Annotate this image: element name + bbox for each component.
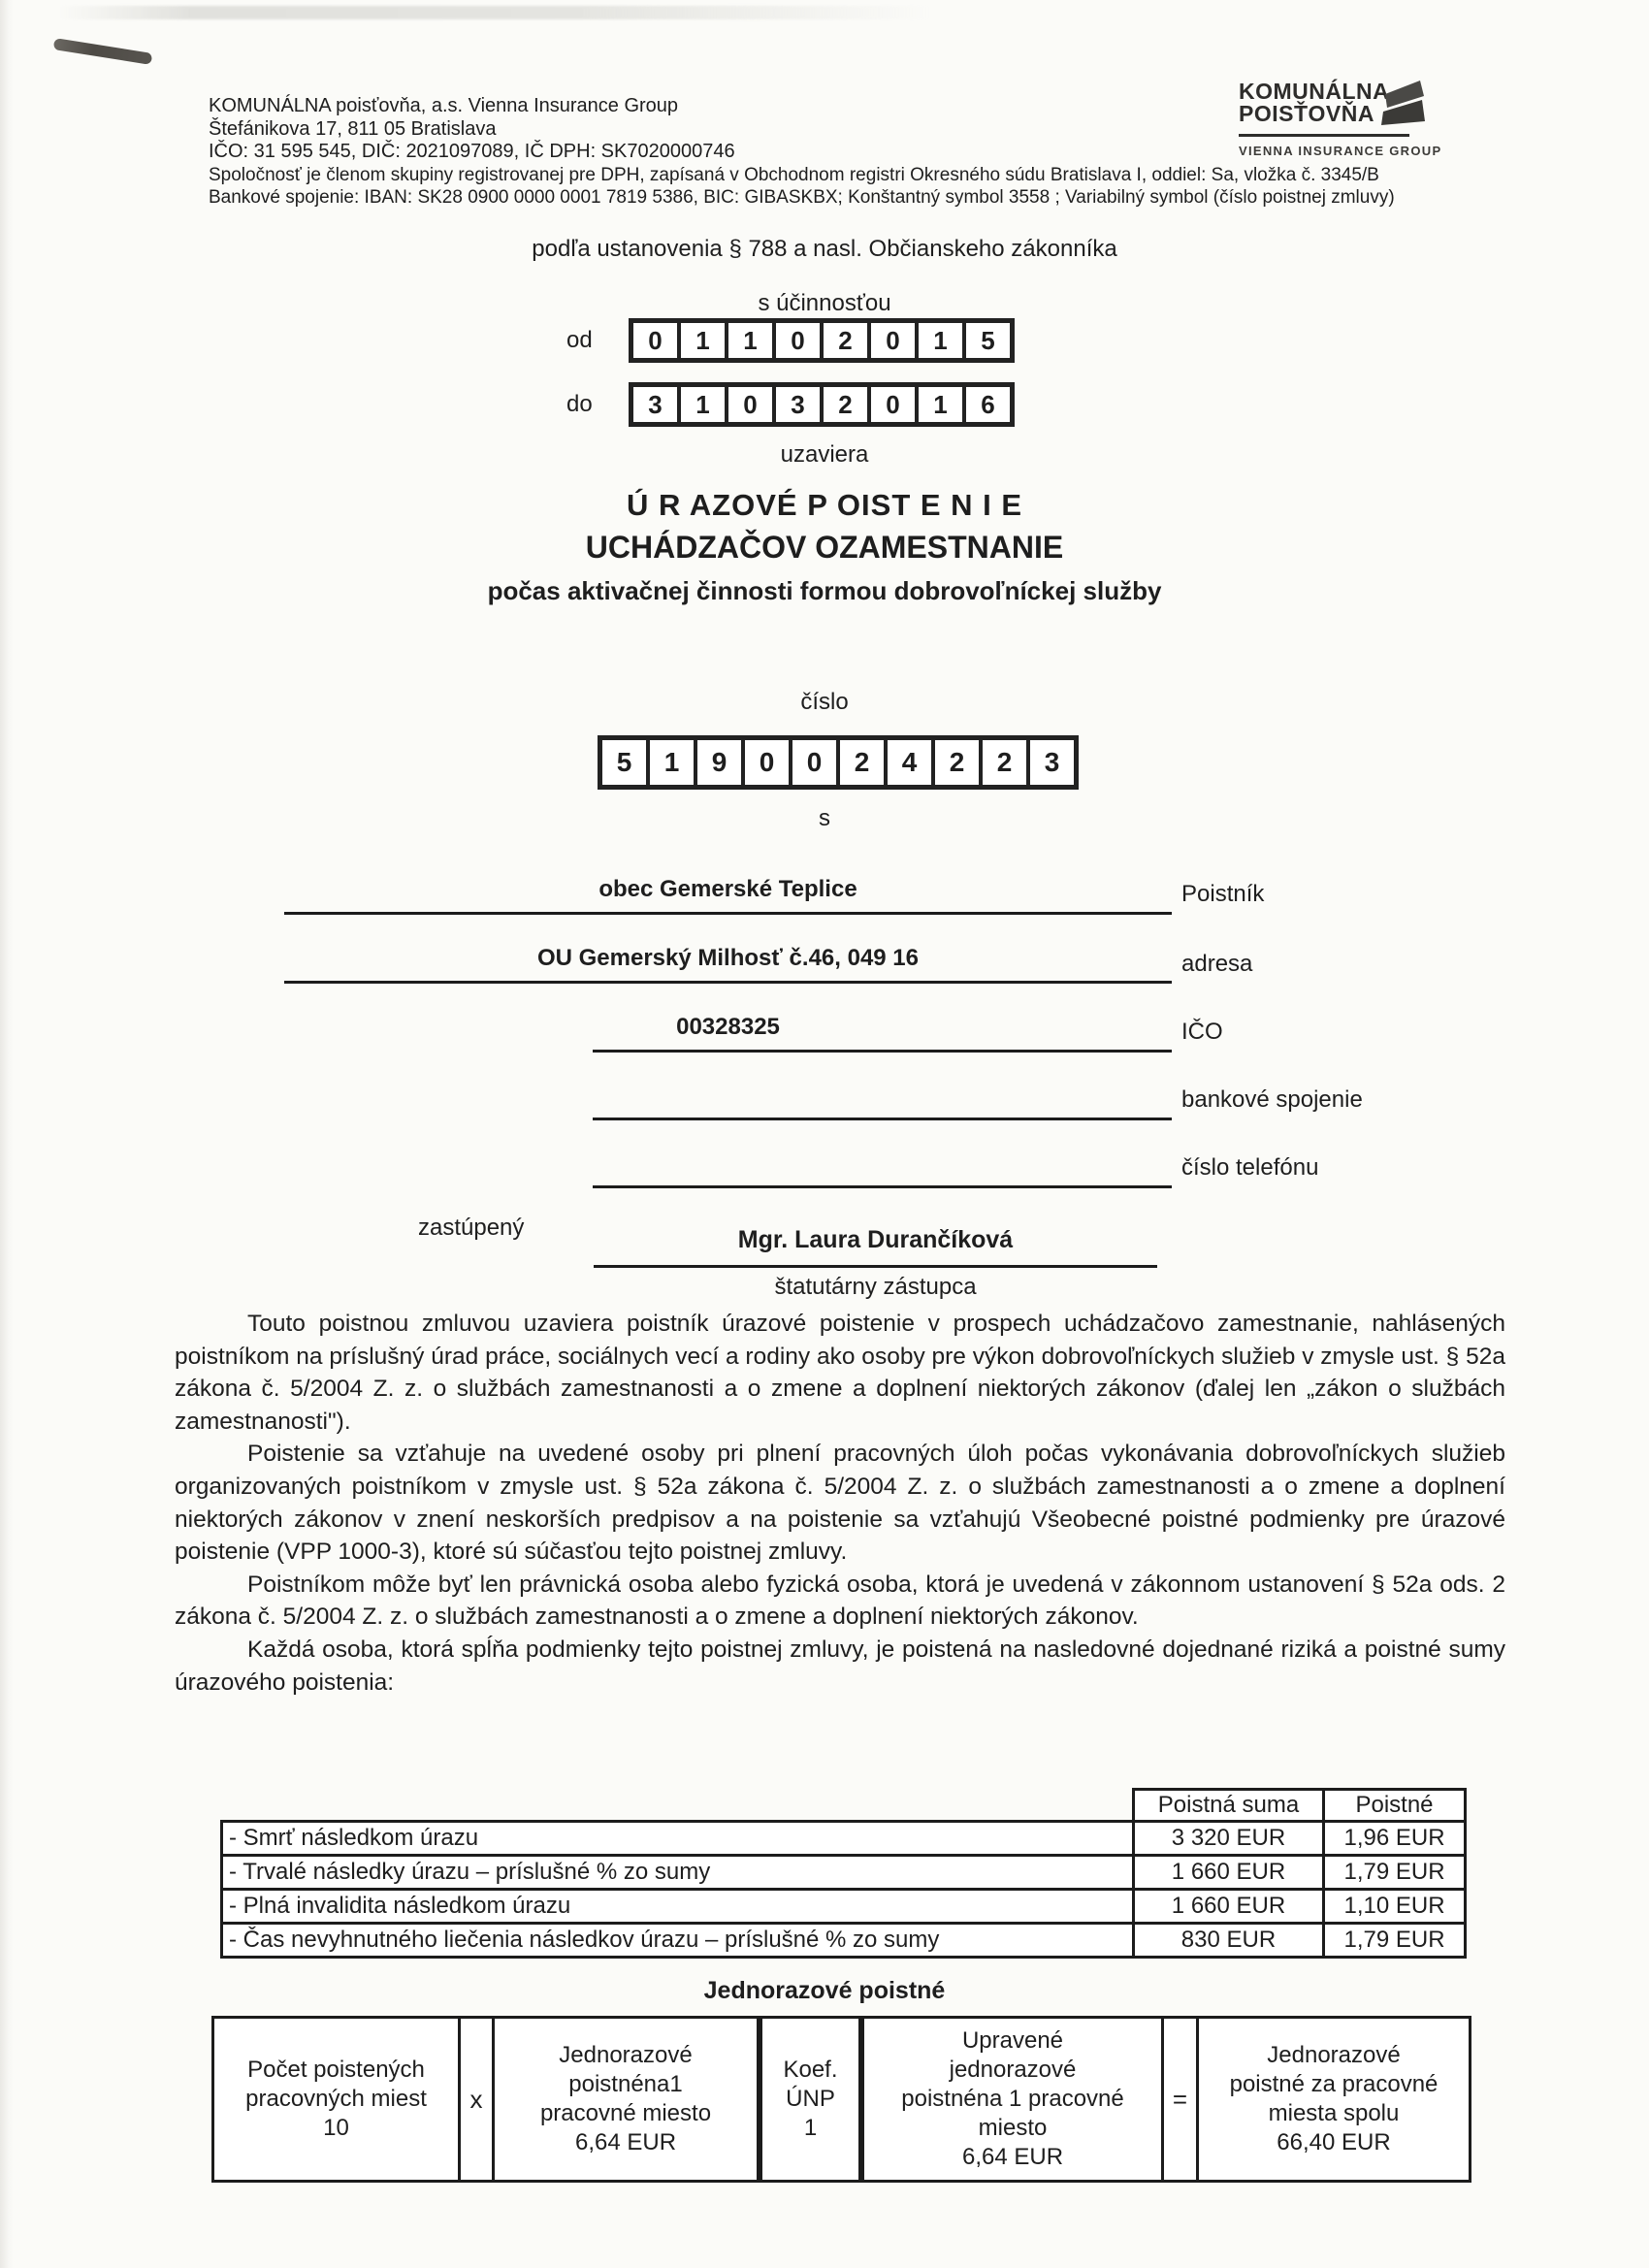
contract-paragraph-3: Poistníkom môže byť len právnická osoba …: [175, 1569, 1505, 1634]
policyholder-address-underline: [284, 981, 1172, 984]
policyholder-bank-underline: [593, 1118, 1172, 1120]
risk-premium: 1,79 EUR: [1324, 1924, 1466, 1958]
risk-sum: 1 660 EUR: [1134, 1856, 1324, 1890]
risk-table-header-sum: Poistná suma: [1134, 1790, 1324, 1822]
risk-name: - Plná invalidita následkom úrazu: [222, 1890, 1134, 1924]
date-to-boxes: 3 1 0 3 2 0 1 6: [629, 382, 1015, 427]
one-time-premium-title: Jednorazové poistné: [0, 1977, 1649, 2005]
logo-subtitle: VIENNA INSURANCE GROUP: [1239, 144, 1433, 158]
document-title-line2: UCHÁDZAČOV OZAMESTNANIE: [0, 530, 1649, 566]
contract-number-digit: 9: [695, 738, 743, 787]
document-title-line3: počas aktivačnej činnosti formou dobrovo…: [0, 576, 1649, 606]
policyholder-name-underline: [284, 912, 1172, 915]
risk-sum: 1 660 EUR: [1134, 1890, 1324, 1924]
effective-label: s účinnosťou: [0, 290, 1649, 317]
insurer-registry-line: Spoločnosť je členom skupiny registrovan…: [209, 164, 1470, 187]
document-title-line1: Ú R AZOVÉ P OIST E N I E: [0, 488, 1649, 523]
date-to-row: do 3 1 0 3 2 0 1 6: [566, 382, 1015, 427]
policyholder-name-label: Poistník: [1181, 881, 1264, 908]
with-label: s: [0, 805, 1649, 832]
contract-number-digit: 2: [838, 738, 886, 787]
date-to-digit: 0: [727, 385, 774, 424]
policyholder-address-label: adresa: [1181, 951, 1252, 978]
contract-number-digit: 4: [886, 738, 933, 787]
policyholder-phone-underline: [593, 1185, 1172, 1188]
risk-name: - Smrť následkom úrazu: [222, 1822, 1134, 1856]
date-to-label: do: [566, 391, 599, 418]
contract-number-digit: 2: [933, 738, 981, 787]
risk-table-header-row: Poistná suma Poistné: [222, 1790, 1466, 1822]
contract-paragraph-2: Poistenie sa vzťahuje na uvedené osoby p…: [175, 1438, 1505, 1568]
table-row: - Plná invalidita následkom úrazu 1 660 …: [222, 1890, 1466, 1924]
policyholder-ico-label: IČO: [1181, 1019, 1223, 1046]
risk-table-header-spacer: [222, 1790, 1134, 1822]
risk-premium: 1,96 EUR: [1324, 1822, 1466, 1856]
risk-premium: 1,79 EUR: [1324, 1856, 1466, 1890]
logo-book-icon: [1377, 79, 1428, 129]
date-to-digit: 3: [631, 385, 679, 424]
table-row: - Smrť následkom úrazu 3 320 EUR 1,96 EU…: [222, 1822, 1466, 1856]
policyholder-address-value: OU Gemerský Milhosť č.46, 049 16: [284, 945, 1172, 972]
date-from-digit: 0: [774, 321, 822, 360]
company-logo: KOMUNÁLNA POISŤOVŇA VIENNA INSURANCE GRO…: [1239, 81, 1433, 158]
policyholder-ico-underline: [593, 1050, 1172, 1053]
date-to-digit: 1: [917, 385, 964, 424]
concludes-label: uzaviera: [0, 441, 1649, 469]
date-to-digit: 1: [679, 385, 727, 424]
contract-number-digit: 3: [1028, 738, 1076, 787]
otp-adjusted-cell: Upravené jednorazové poistnéna 1 pracovn…: [861, 2016, 1164, 2183]
contract-number-digit: 5: [600, 738, 648, 787]
date-from-digit: 2: [822, 321, 869, 360]
scan-artifact-left-edge: [0, 0, 14, 2268]
contract-number-digit: 1: [648, 738, 695, 787]
table-row: - Trvalé následky úrazu – príslušné % zo…: [222, 1856, 1466, 1890]
representative-underline: [594, 1265, 1157, 1268]
law-reference-line: podľa ustanovenia § 788 a nasl. Občiansk…: [0, 236, 1649, 263]
risk-premium: 1,10 EUR: [1324, 1890, 1466, 1924]
scan-artifact-top-shadow: [58, 6, 931, 19]
date-to-digit: 2: [822, 385, 869, 424]
pen-mark-artifact: [53, 38, 153, 65]
policyholder-name-value: obec Gemerské Teplice: [284, 876, 1172, 903]
date-from-digit: 5: [964, 321, 1012, 360]
date-from-boxes: 0 1 1 0 2 0 1 5: [629, 318, 1015, 363]
policyholder-phone-label: číslo telefónu: [1181, 1154, 1318, 1182]
risk-sum: 830 EUR: [1134, 1924, 1324, 1958]
risk-table-header-premium: Poistné: [1324, 1790, 1466, 1822]
representative-role: štatutárny zástupca: [594, 1274, 1157, 1301]
date-from-row: od 0 1 1 0 2 0 1 5: [566, 318, 1015, 363]
risk-name: - Čas nevyhnutného liečenia následkov úr…: [222, 1924, 1134, 1958]
otp-total-cell: Jednorazové poistné za pracovné miesta s…: [1196, 2016, 1471, 2183]
contract-number-digit: 2: [981, 738, 1028, 787]
otp-equals-sign: =: [1164, 2016, 1196, 2183]
otp-per-place-cell: Jednorazové poistnéna1 pracovné miesto 6…: [492, 2016, 760, 2183]
contract-paragraph-4: Každá osoba, ktorá spĺňa podmienky tejto…: [175, 1634, 1505, 1699]
date-from-digit: 0: [869, 321, 917, 360]
risk-name: - Trvalé následky úrazu – príslušné % zo…: [222, 1856, 1134, 1890]
otp-koef-cell: Koef. ÚNP 1: [760, 2016, 861, 2183]
date-from-digit: 1: [679, 321, 727, 360]
policyholder-bank-label: bankové spojenie: [1181, 1086, 1363, 1114]
contract-body: Touto poistnou zmluvou uzaviera poistník…: [175, 1308, 1505, 1699]
policyholder-ico-value: 00328325: [284, 1014, 1172, 1041]
representative-name: Mgr. Laura Durančíková: [594, 1226, 1157, 1254]
risk-sums-table: Poistná suma Poistné - Smrť následkom úr…: [220, 1788, 1467, 1959]
otp-count-cell: Počet poistených pracovných miest 10: [211, 2016, 461, 2183]
one-time-premium-table: Počet poistených pracovných miest 10 x J…: [211, 2016, 1471, 2183]
represented-by-label: zastúpený: [418, 1215, 524, 1242]
logo-line1: KOMUNÁLNA: [1239, 81, 1373, 103]
date-to-digit: 6: [964, 385, 1012, 424]
table-row: - Čas nevyhnutného liečenia následkov úr…: [222, 1924, 1466, 1958]
otp-times-sign: x: [461, 2016, 492, 2183]
contract-number-digit: 0: [791, 738, 838, 787]
contract-number-label: číslo: [0, 689, 1649, 716]
contract-number-boxes: 5 1 9 0 0 2 4 2 2 3: [598, 735, 1079, 790]
date-from-digit: 1: [917, 321, 964, 360]
risk-sum: 3 320 EUR: [1134, 1822, 1324, 1856]
date-from-digit: 0: [631, 321, 679, 360]
logo-divider: [1239, 134, 1409, 137]
logo-line2: POISŤOVŇA: [1239, 103, 1373, 125]
scanned-document-page: KOMUNÁLNA poisťovňa, a.s. Vienna Insuran…: [0, 0, 1649, 2268]
logo-wordmark: KOMUNÁLNA POISŤOVŇA: [1239, 81, 1373, 125]
date-from-digit: 1: [727, 321, 774, 360]
contract-number-digit: 0: [743, 738, 791, 787]
date-from-label: od: [566, 327, 599, 354]
date-to-digit: 0: [869, 385, 917, 424]
date-to-digit: 3: [774, 385, 822, 424]
insurer-bank-line: Bankové spojenie: IBAN: SK28 0900 0000 0…: [209, 186, 1470, 210]
contract-paragraph-1: Touto poistnou zmluvou uzaviera poistník…: [175, 1308, 1505, 1438]
